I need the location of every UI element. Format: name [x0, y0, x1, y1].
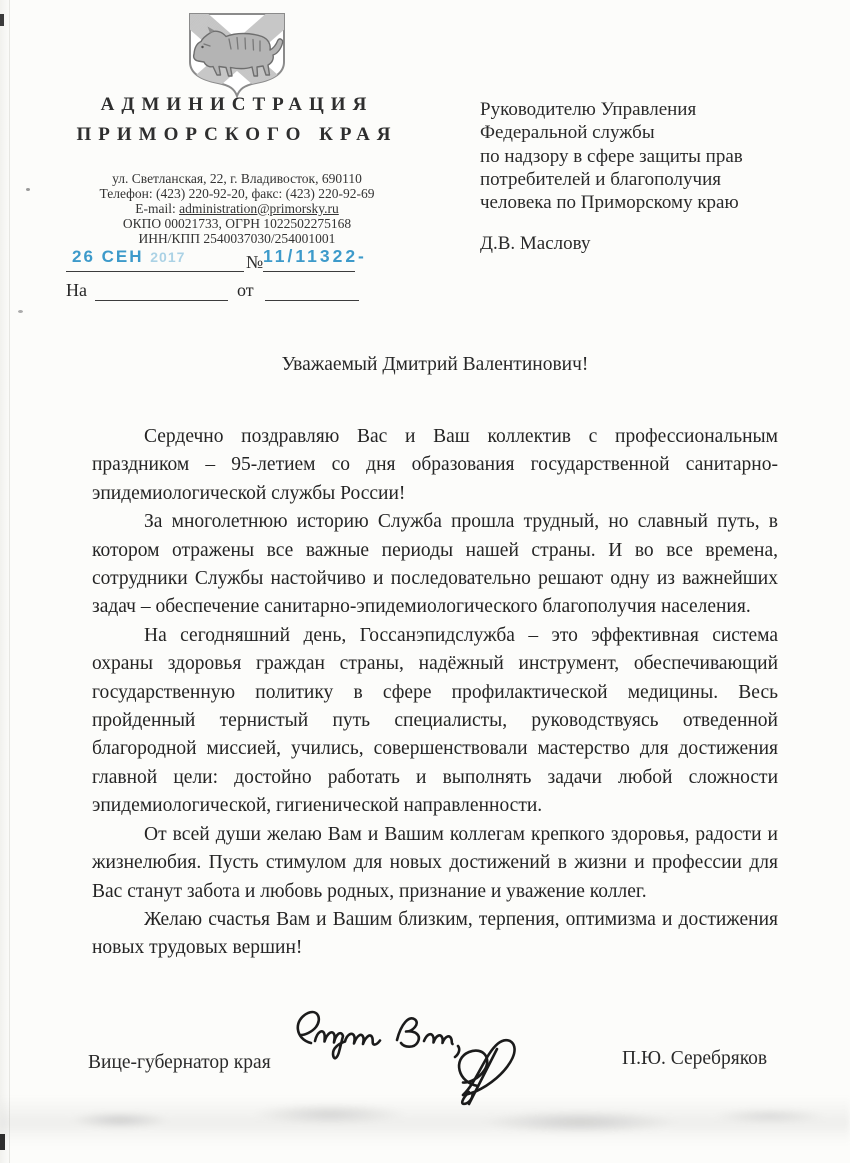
stamp-date-year: 2017 — [150, 249, 185, 265]
body-paragraph: На сегодняшний день, Госсанэпидслужба – … — [92, 622, 778, 821]
scan-edge-shadow — [0, 0, 10, 1163]
stamp-outgoing-number: 11/11322- — [263, 246, 355, 272]
reference-blank-line — [265, 280, 359, 301]
recipient-line: по надзору в сфере защиты прав — [480, 145, 820, 168]
reference-blank-line — [95, 280, 228, 301]
recipient-line: человека по Приморскому краю — [480, 191, 820, 214]
email-label: E-mail: — [135, 201, 179, 216]
scan-artifact — [26, 188, 30, 191]
scanned-letter-page: АДМИНИСТРАЦИЯ ПРИМОРСКОГО КРАЯ ул. Светл… — [0, 0, 850, 1163]
coat-of-arms-icon — [184, 10, 290, 100]
body-paragraph: Сердечно поздравляю Вас и Ваш коллектив … — [92, 423, 778, 508]
contact-inn-kpp: ИНН/КПП 2540037030/254001001 — [54, 232, 420, 247]
recipient-line: Руководителю Управления — [480, 98, 820, 121]
reference-na-label: На — [66, 280, 87, 301]
stamp-date: 26 СЕН 2017 — [66, 247, 244, 272]
body-paragraph: От всей души желаю Вам и Вашим коллегам … — [92, 821, 778, 906]
salutation: Уважаемый Дмитрий Валентинович! — [92, 354, 778, 376]
org-name-line2: ПРИМОРСКОГО КРАЯ — [58, 124, 416, 146]
email-address: administration@primorsky.ru — [179, 201, 339, 216]
signer-position-title: Вице-губернатор края — [88, 1052, 271, 1074]
org-name-line1: АДМИНИСТРАЦИЯ — [58, 94, 416, 116]
contact-email-line: E-mail: administration@primorsky.ru — [54, 202, 420, 217]
body-paragraph: За многолетнюю историю Служба прошла тру… — [92, 508, 778, 622]
scan-artifact — [18, 310, 23, 313]
scan-artifact — [0, 14, 4, 26]
contact-phone-fax: Телефон: (423) 220-92-20, факс: (423) 22… — [54, 187, 420, 202]
handwritten-signature: Искренне Ваш, — [282, 996, 538, 1112]
reference-ot-label: от — [237, 280, 254, 301]
number-sign-label: № — [246, 252, 263, 273]
scan-artifact — [0, 1134, 5, 1150]
recipient-block: Руководителю Управления Федеральной служ… — [480, 98, 820, 256]
signer-name: П.Ю. Серебряков — [622, 1048, 767, 1070]
contact-address: ул. Светланская, 22, г. Владивосток, 690… — [54, 172, 420, 187]
recipient-name: Д.В. Маслову — [480, 232, 820, 255]
body-paragraph: Желаю счастья Вам и Вашим близким, терпе… — [92, 906, 778, 963]
letterhead-contact-block: ул. Светланская, 22, г. Владивосток, 690… — [54, 172, 420, 247]
recipient-line: потребителей и благополучия — [480, 168, 820, 191]
letter-body: Сердечно поздравляю Вас и Ваш коллектив … — [92, 423, 778, 963]
contact-okpo-ogrn: ОКПО 00021733, ОГРН 1022502275168 — [54, 217, 420, 232]
recipient-line: Федеральной службы — [480, 121, 820, 144]
stamp-date-day-month: 26 СЕН — [72, 247, 144, 266]
